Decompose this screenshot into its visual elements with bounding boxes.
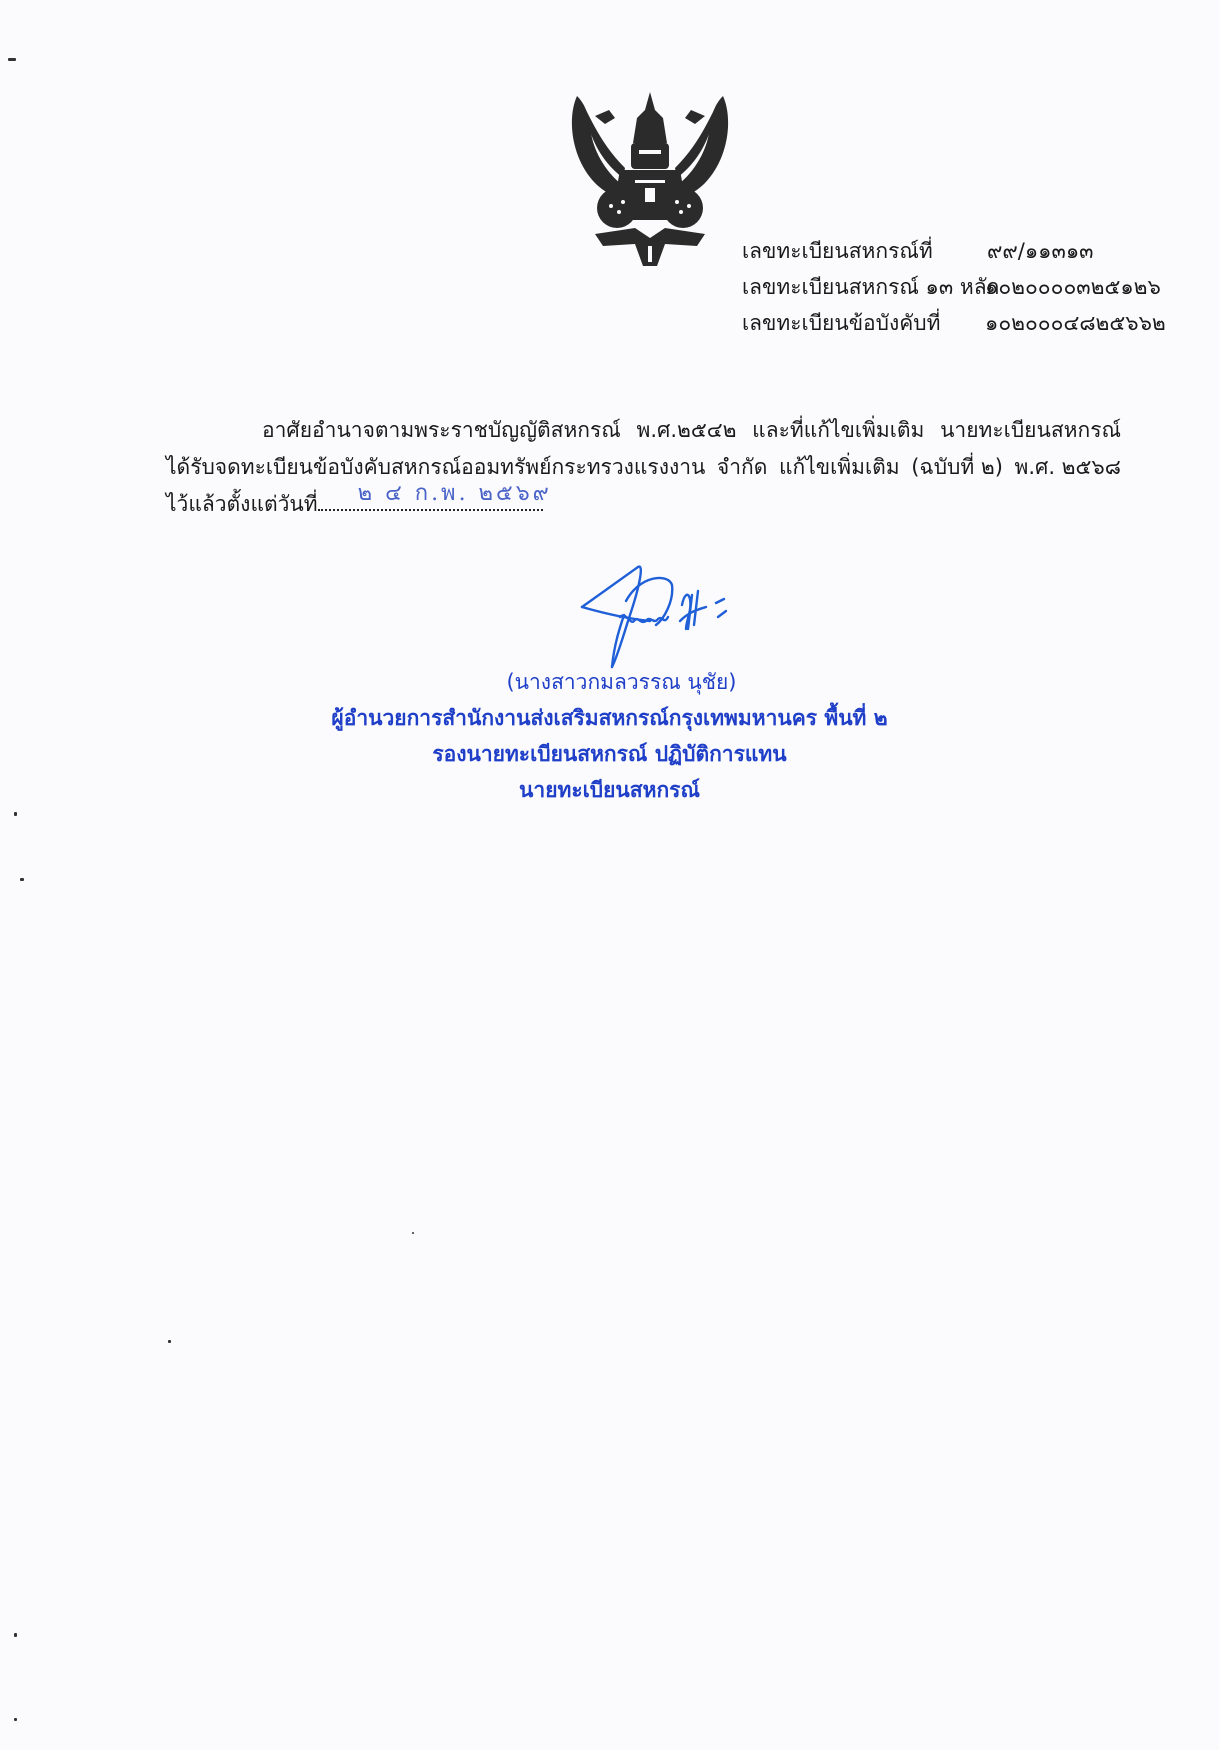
text-segment: แก้ไขเพิ่มเติม: [779, 449, 900, 486]
effective-date-field: ๒ ๔ ก.พ. ๒๕๖๙: [318, 487, 543, 511]
text-segment: และที่แก้ไขเพิ่มเติม: [752, 412, 924, 449]
text-segment: (ฉบับที่ ๒): [911, 449, 1003, 486]
text-segment: อาศัยอำนาจตามพระราชบัญญัติสหกรณ์: [262, 412, 621, 449]
paragraph-line-1: อาศัยอำนาจตามพระราชบัญญัติสหกรณ์ พ.ศ.๒๕๔…: [166, 412, 1121, 449]
scan-speck: [412, 1232, 414, 1234]
scan-speck: [14, 1633, 17, 1637]
certification-paragraph: อาศัยอำนาจตามพระราชบัญญัติสหกรณ์ พ.ศ.๒๕๔…: [166, 412, 1121, 523]
scan-speck: [14, 812, 17, 816]
signatory-position-3: นายทะเบียนสหกรณ์: [0, 772, 1219, 808]
text-segment: พ.ศ. ๒๕๖๘: [1014, 449, 1120, 486]
cooperative-13-digit-label: เลขทะเบียนสหกรณ์ ๑๓ หลัก: [742, 269, 999, 305]
scan-speck: [168, 1340, 171, 1343]
cooperative-registration-label: เลขทะเบียนสหกรณ์ที่: [742, 233, 933, 269]
signatory-position-2: รองนายทะเบียนสหกรณ์ ปฏิบัติการแทน: [0, 736, 1219, 772]
scan-speck: [8, 58, 16, 61]
effective-date-label: ไว้แล้วตั้งแต่วันที่: [166, 492, 318, 516]
text-segment: จำกัด: [717, 449, 767, 486]
signatory-block: (นางสาวกมลวรรณ นุชัย) ผู้อำนวยการสำนักงา…: [0, 664, 1219, 808]
document-page: เลขทะเบียนสหกรณ์ที่ ๙๙/๑๑๓๑๓ เลขทะเบียนส…: [0, 0, 1219, 1750]
paragraph-line-3: ไว้แล้วตั้งแต่วันที่๒ ๔ ก.พ. ๒๕๖๙: [166, 486, 1121, 523]
scan-speck: [20, 878, 24, 881]
text-segment: พ.ศ.๒๕๔๒: [636, 412, 736, 449]
handwritten-date: ๒ ๔ ก.พ. ๒๕๖๙: [358, 475, 552, 512]
handwritten-signature-icon: [560, 545, 740, 670]
text-segment: นายทะเบียนสหกรณ์: [940, 412, 1121, 449]
bylaw-registration-label: เลขทะเบียนข้อบังคับที่: [742, 305, 940, 341]
scan-speck: [14, 1718, 17, 1721]
garuda-emblem-icon: [565, 88, 735, 270]
bylaw-registration-value: ๑๐๒๐๐๐๔๘๒๕๖๖๒: [985, 305, 1166, 341]
cooperative-13-digit-value: ๑๐๒๐๐๐๐๓๒๕๑๒๖: [985, 269, 1161, 305]
signatory-name: (นางสาวกมลวรรณ นุชัย): [12, 664, 1219, 700]
signatory-position-1: ผู้อำนวยการสำนักงานส่งเสริมสหกรณ์กรุงเทพ…: [0, 700, 1219, 736]
cooperative-registration-value: ๙๙/๑๑๓๑๓: [987, 233, 1094, 269]
paragraph-line-2: ได้รับจดทะเบียนข้อบังคับสหกรณ์ออมทรัพย์ก…: [166, 449, 1121, 486]
